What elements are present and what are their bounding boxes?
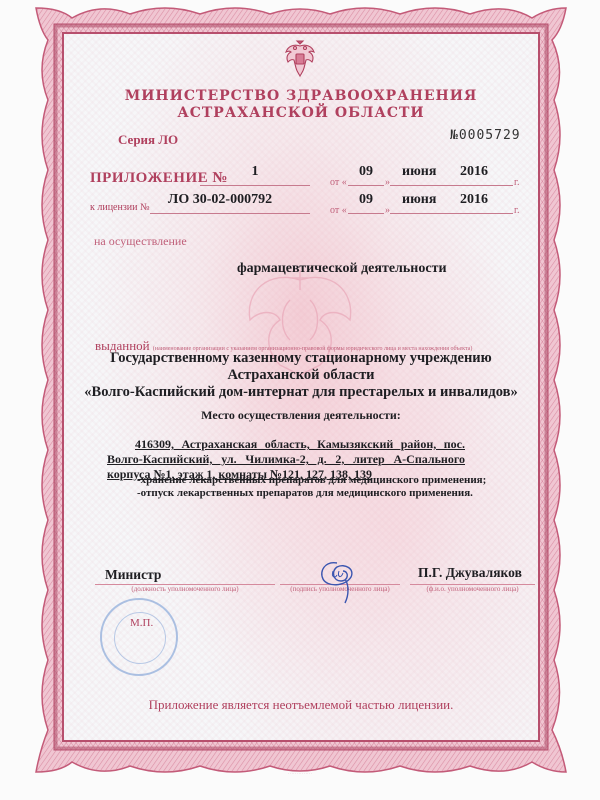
appendix-month: июня <box>402 164 436 180</box>
license-date-prefix: от « <box>330 205 347 216</box>
activity-label: на осуществление <box>94 234 187 249</box>
ministry-name-line2: АСТРАХАНСКОЙ ОБЛАСТИ <box>62 105 540 122</box>
license-day: 09 <box>348 192 384 208</box>
license-month-year-field: июня 2016 <box>390 196 513 214</box>
series-label: Серия ЛО <box>118 132 178 148</box>
appendix-day: 09 <box>348 164 384 180</box>
license-month: июня <box>402 192 436 208</box>
place-heading: Место осуществления деятельности: <box>62 408 540 423</box>
official-seal-stamp <box>100 598 178 676</box>
position-caption: (должность уполномоченного лица) <box>95 585 275 593</box>
printer-microtext: · · · · · · · · · · · · · · <box>230 772 370 776</box>
license-year-suffix: г. <box>514 205 519 216</box>
position-line: (должность уполномоченного лица) <box>95 584 275 593</box>
appendix-day-field: 09 <box>348 168 384 186</box>
activity-item-dispensing: -отпуск лекарственных препаратов для мед… <box>137 487 473 499</box>
stamp-place-label: М.П. <box>130 617 153 629</box>
handwritten-signature <box>315 557 365 607</box>
license-year: 2016 <box>460 192 488 208</box>
name-caption: (ф.и.о. уполномоченного лица) <box>410 585 535 593</box>
organization-line2: Астраханской области <box>62 367 540 384</box>
name-line: (ф.и.о. уполномоченного лица) <box>410 584 535 593</box>
appendix-date-prefix: от « <box>330 177 347 188</box>
footer-note: Приложение является неотъемлемой частью … <box>62 697 540 713</box>
appendix-month-year-field: июня 2016 <box>390 168 513 186</box>
appendix-year: 2016 <box>460 164 488 180</box>
organization-line1: Государственному казенному стационарному… <box>62 350 540 367</box>
license-day-field: 09 <box>348 196 384 214</box>
license-number-field: ЛО 30-02-000792 <box>150 196 310 214</box>
license-appendix-sheet: МИНИСТЕРСТВО ЗДРАВООХРАНЕНИЯ АСТРАХАНСКО… <box>0 0 600 800</box>
license-number: ЛО 30-02-000792 <box>140 192 300 208</box>
signatory-name: П.Г. Джуваляков <box>418 565 522 581</box>
activity-item-storage: -хранение лекарственных препаратов для м… <box>137 474 486 486</box>
appendix-year-suffix: г. <box>514 177 519 188</box>
appendix-number: 1 <box>200 164 310 180</box>
organization-line3: «Волго-Каспийский дом-интернат для прест… <box>62 384 540 401</box>
appendix-number-field: 1 <box>200 168 310 186</box>
russian-coat-of-arms-icon <box>282 38 318 80</box>
signatory-position: Министр <box>105 567 161 583</box>
form-number: №0005729 <box>450 128 521 143</box>
ministry-name-line1: МИНИСТЕРСТВО ЗДРАВООХРАНЕНИЯ <box>62 88 540 105</box>
